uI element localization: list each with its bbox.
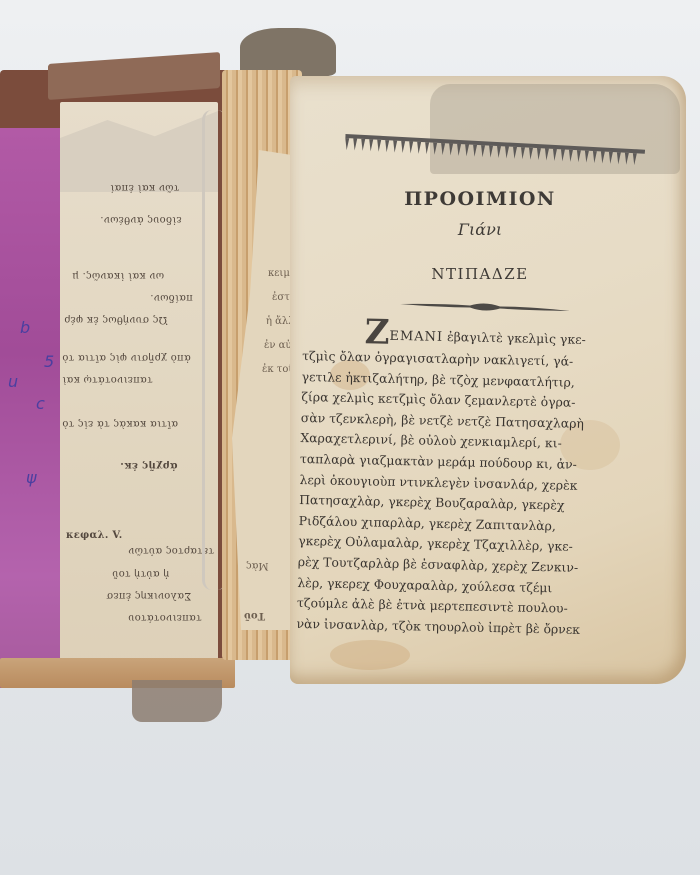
handwritten-mark: 5 <box>44 352 54 371</box>
first-word: EMANI <box>389 329 443 345</box>
left-line: εἰδους ἀνθέων. <box>100 214 182 225</box>
handwritten-mark: c <box>36 394 45 413</box>
torn-flap <box>132 680 222 722</box>
page-heading: ΠΡΟΟΙΜΙΟΝ <box>300 188 660 210</box>
text-line: ἐβαγιλτὲ γκελμὶς γκε- <box>447 329 586 347</box>
left-line: ταπεινοτάτου <box>128 612 202 623</box>
left-line: Ὡς συνήθως ἐκ φέρ <box>64 314 167 325</box>
left-line: ταπεινοτάτῳ καὶ <box>62 374 153 385</box>
left-line: ων καὶ ἰκανῶς. μ <box>72 270 164 281</box>
left-chapter: κεφαλ. V. <box>66 530 122 541</box>
foxing-stain <box>330 640 410 670</box>
body-text: ZEMANI ἐβαγιλτὲ γκελμὶς γκε- τζμὶς ὄλαν … <box>296 316 633 641</box>
gutter-fragment: Μὰς <box>246 560 269 571</box>
page-subheading: Γιάνι <box>300 220 660 239</box>
left-line: αἴτια κακὰς τὰ εἰς τὸ <box>62 418 178 429</box>
handwritten-mark: ψ <box>26 468 37 487</box>
left-line: Σαλονικης ἐπεσ <box>106 590 191 601</box>
gutter-fragment: Τοῦ <box>244 610 265 621</box>
left-line: ἀπὸ χρῆσιν φὶς αἴτια τὸ <box>62 352 191 363</box>
left-line: παίδων. <box>150 292 193 303</box>
author-name: ΝΤΙΠΑΔΖΕ <box>300 265 660 283</box>
left-line: ἀρχῆς ἐκ. <box>120 460 178 471</box>
purple-endpaper <box>0 128 68 688</box>
left-line: τῶν καὶ ἐπαί <box>110 182 179 193</box>
torn-top-flap <box>240 28 336 76</box>
handwritten-mark: u <box>8 372 18 391</box>
handwritten-mark: b <box>20 318 30 337</box>
left-line: ἡ αὐτὴ τοῦ <box>112 568 169 579</box>
